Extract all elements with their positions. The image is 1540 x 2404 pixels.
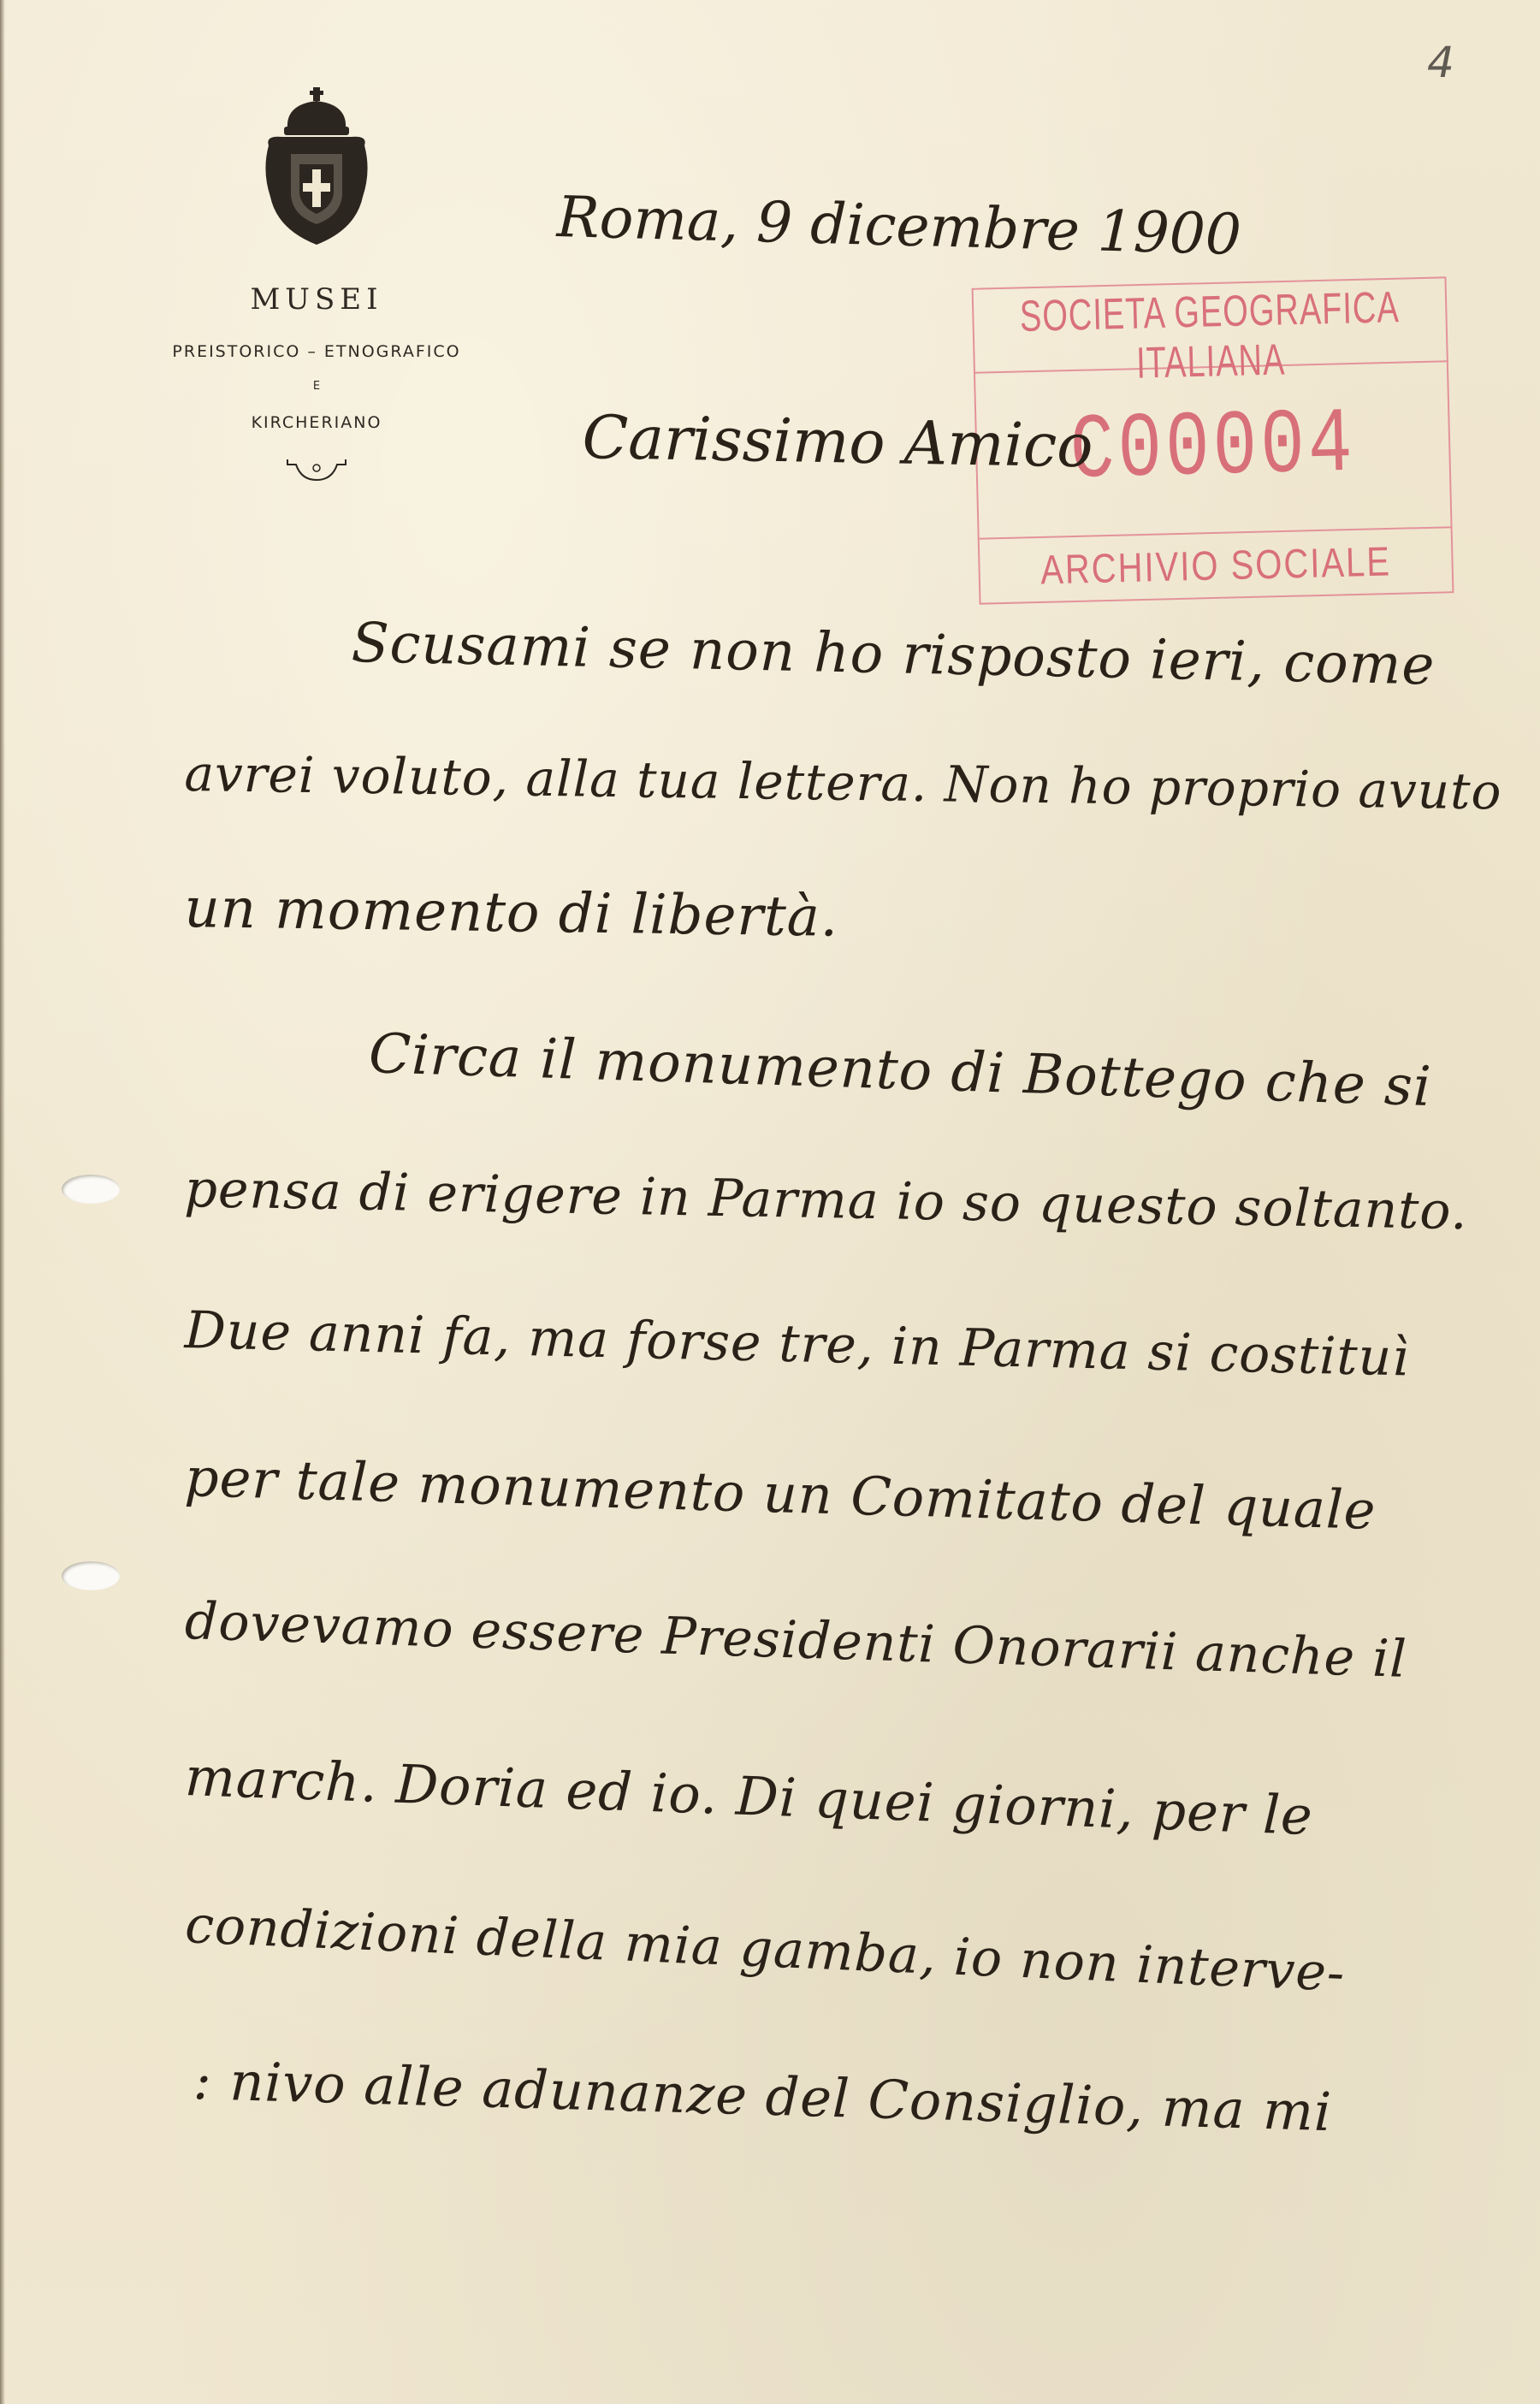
letterhead-conjunction: E: [86, 380, 548, 393]
punch-hole-top: [62, 1175, 120, 1204]
page-number: 4: [1427, 38, 1454, 87]
paper-left-edge: [0, 0, 5, 2404]
letterhead: MUSEI PREISTORICO – ETNOGRAFICO E KIRCHE…: [86, 86, 548, 483]
letterhead-subtitle: PREISTORICO – ETNOGRAFICO: [86, 342, 548, 361]
letterhead-kircheriano: KIRCHERIANO: [86, 413, 548, 432]
letter-line: un momento di libertà.: [184, 877, 839, 950]
royal-crest-icon: [257, 86, 376, 248]
stamp-header: SOCIETA GEOGRAFICA ITALIANA: [980, 282, 1441, 393]
punch-hole-bottom: [62, 1561, 120, 1590]
scroll-ornament-icon: [282, 454, 351, 483]
letterhead-title: MUSEI: [86, 282, 548, 317]
letter-greeting: Carissimo Amico: [582, 402, 1093, 481]
